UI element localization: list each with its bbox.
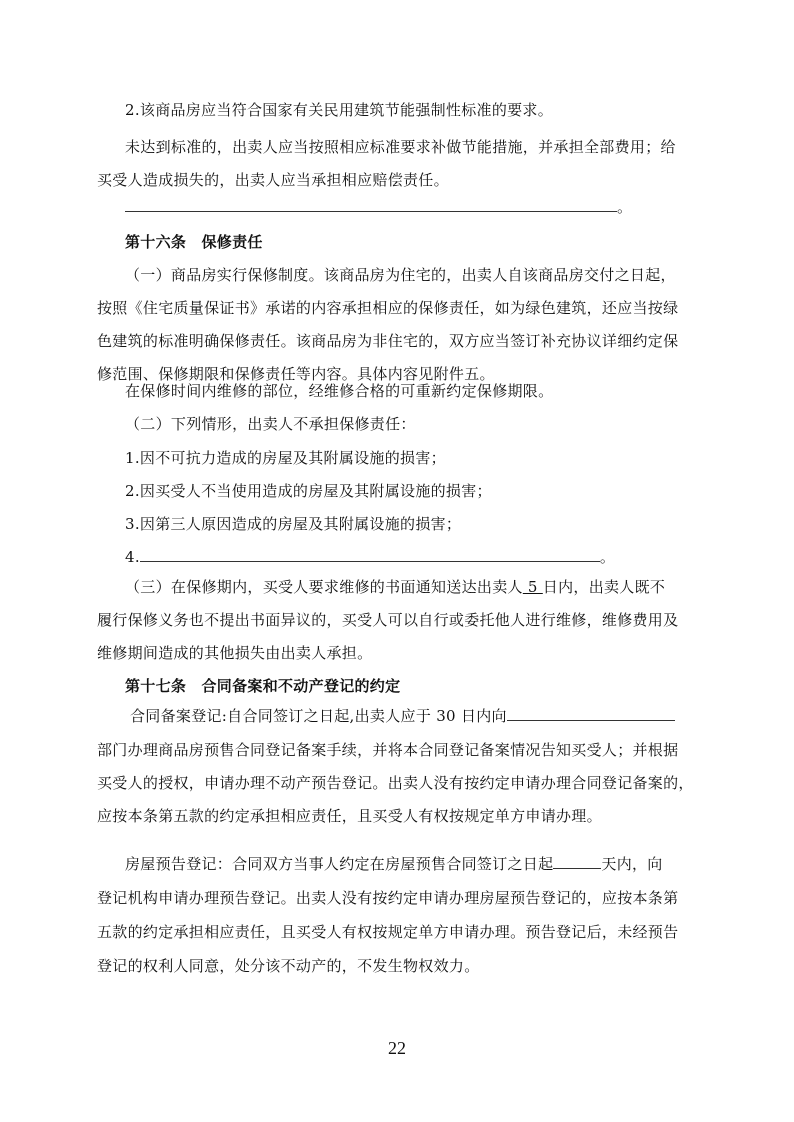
paragraph: 房屋预告登记：合同双方当事人约定在房屋预售合同签订之日起天内，向 <box>125 854 663 874</box>
paragraph: 登记的权利人同意，处分该不动产的，不发生物权效力。 <box>97 956 480 976</box>
paragraph: 部门办理商品房预售合同登记备案手续，并将本合同登记备案情况告知买受人；并根据 <box>97 740 678 760</box>
paragraph: （二）下列情形，出卖人不承担保修责任： <box>125 414 416 434</box>
text: 天内，向 <box>601 855 662 873</box>
period: 。 <box>600 548 615 566</box>
paragraph: 在保修时间内维修的部位，经维修合格的可重新约定保修期限。 <box>125 381 553 401</box>
paragraph: 维修期间造成的其他损失由出卖人承担。 <box>97 643 372 663</box>
list-item: 2.因买受人不当使用造成的房屋及其附属设施的损害； <box>125 481 492 501</box>
paragraph: （一）商品房实行保修制度。该商品房为住宅的，出卖人自该商品房交付之日起， <box>125 265 676 285</box>
paragraph: 合同备案登记:自合同签订之日起,出卖人应于 30 日内向 <box>130 706 675 726</box>
paragraph: 应按本条第五款的约定承担相应责任，且买受人有权按规定单方申请办理。 <box>97 806 602 826</box>
fill-blank-line: 。 <box>125 197 632 217</box>
paragraph: 按照《住宅质量保证书》承诺的内容承担相应的保修责任，如为绿色建筑，还应当按绿 <box>97 298 678 318</box>
days-blank-field[interactable] <box>553 854 601 869</box>
article-17-title: 第十七条 合同备案和不动产登记的约定 <box>125 676 400 696</box>
paragraph: 登记机构申请办理预告登记。出卖人没有按约定申请办理房屋预告登记的，应按本条第 <box>97 888 678 908</box>
item-number: 4. <box>125 548 140 566</box>
blank-field[interactable] <box>125 197 617 212</box>
period: 。 <box>617 198 632 216</box>
text: 日内，出卖人既不 <box>543 578 665 596</box>
days-value[interactable]: 5 <box>523 578 543 596</box>
text: 房屋预告登记：合同双方当事人约定在房屋预售合同签订之日起 <box>125 855 553 873</box>
page-number: 22 <box>0 1038 794 1059</box>
text: （三）在保修期内，买受人要求维修的书面通知送达出卖人 <box>125 578 523 596</box>
paragraph: （三）在保修期内，买受人要求维修的书面通知送达出卖人 5 日内，出卖人既不 <box>125 577 665 597</box>
paragraph: 五款的约定承担相应责任，且买受人有权按规定单方申请办理。预告登记后，未经预告 <box>97 922 678 942</box>
paragraph: 色建筑的标准明确保修责任。该商品房为非住宅的，双方应当签订补充协议详细约定保 <box>97 331 678 351</box>
department-blank-field[interactable] <box>507 706 675 721</box>
list-item: 3.因第三人原因造成的房屋及其附属设施的损害； <box>125 514 461 534</box>
paragraph: 买受人造成损失的，出卖人应当承担相应赔偿责任。 <box>97 170 449 190</box>
list-item: 4.。 <box>125 547 615 567</box>
paragraph: 买受人的授权，申请办理不动产预告登记。出卖人没有按约定申请办理合同登记备案的， <box>97 773 694 793</box>
paragraph: 2.该商品房应当符合国家有关民用建筑节能强制性标准的要求。 <box>125 100 553 120</box>
text: 合同备案登记:自合同签订之日起,出卖人应于 30 日内向 <box>130 707 507 725</box>
paragraph: 履行保修义务也不提出书面异议的，买受人可以自行或委托他人进行维修，维修费用及 <box>97 610 678 630</box>
blank-field[interactable] <box>140 547 600 562</box>
list-item: 1.因不可抗力造成的房屋及其附属设施的损害； <box>125 448 446 468</box>
paragraph: 未达到标准的，出卖人应当按照相应标准要求补做节能措施，并承担全部费用；给 <box>125 137 676 157</box>
article-16-title: 第十六条 保修责任 <box>125 232 263 252</box>
